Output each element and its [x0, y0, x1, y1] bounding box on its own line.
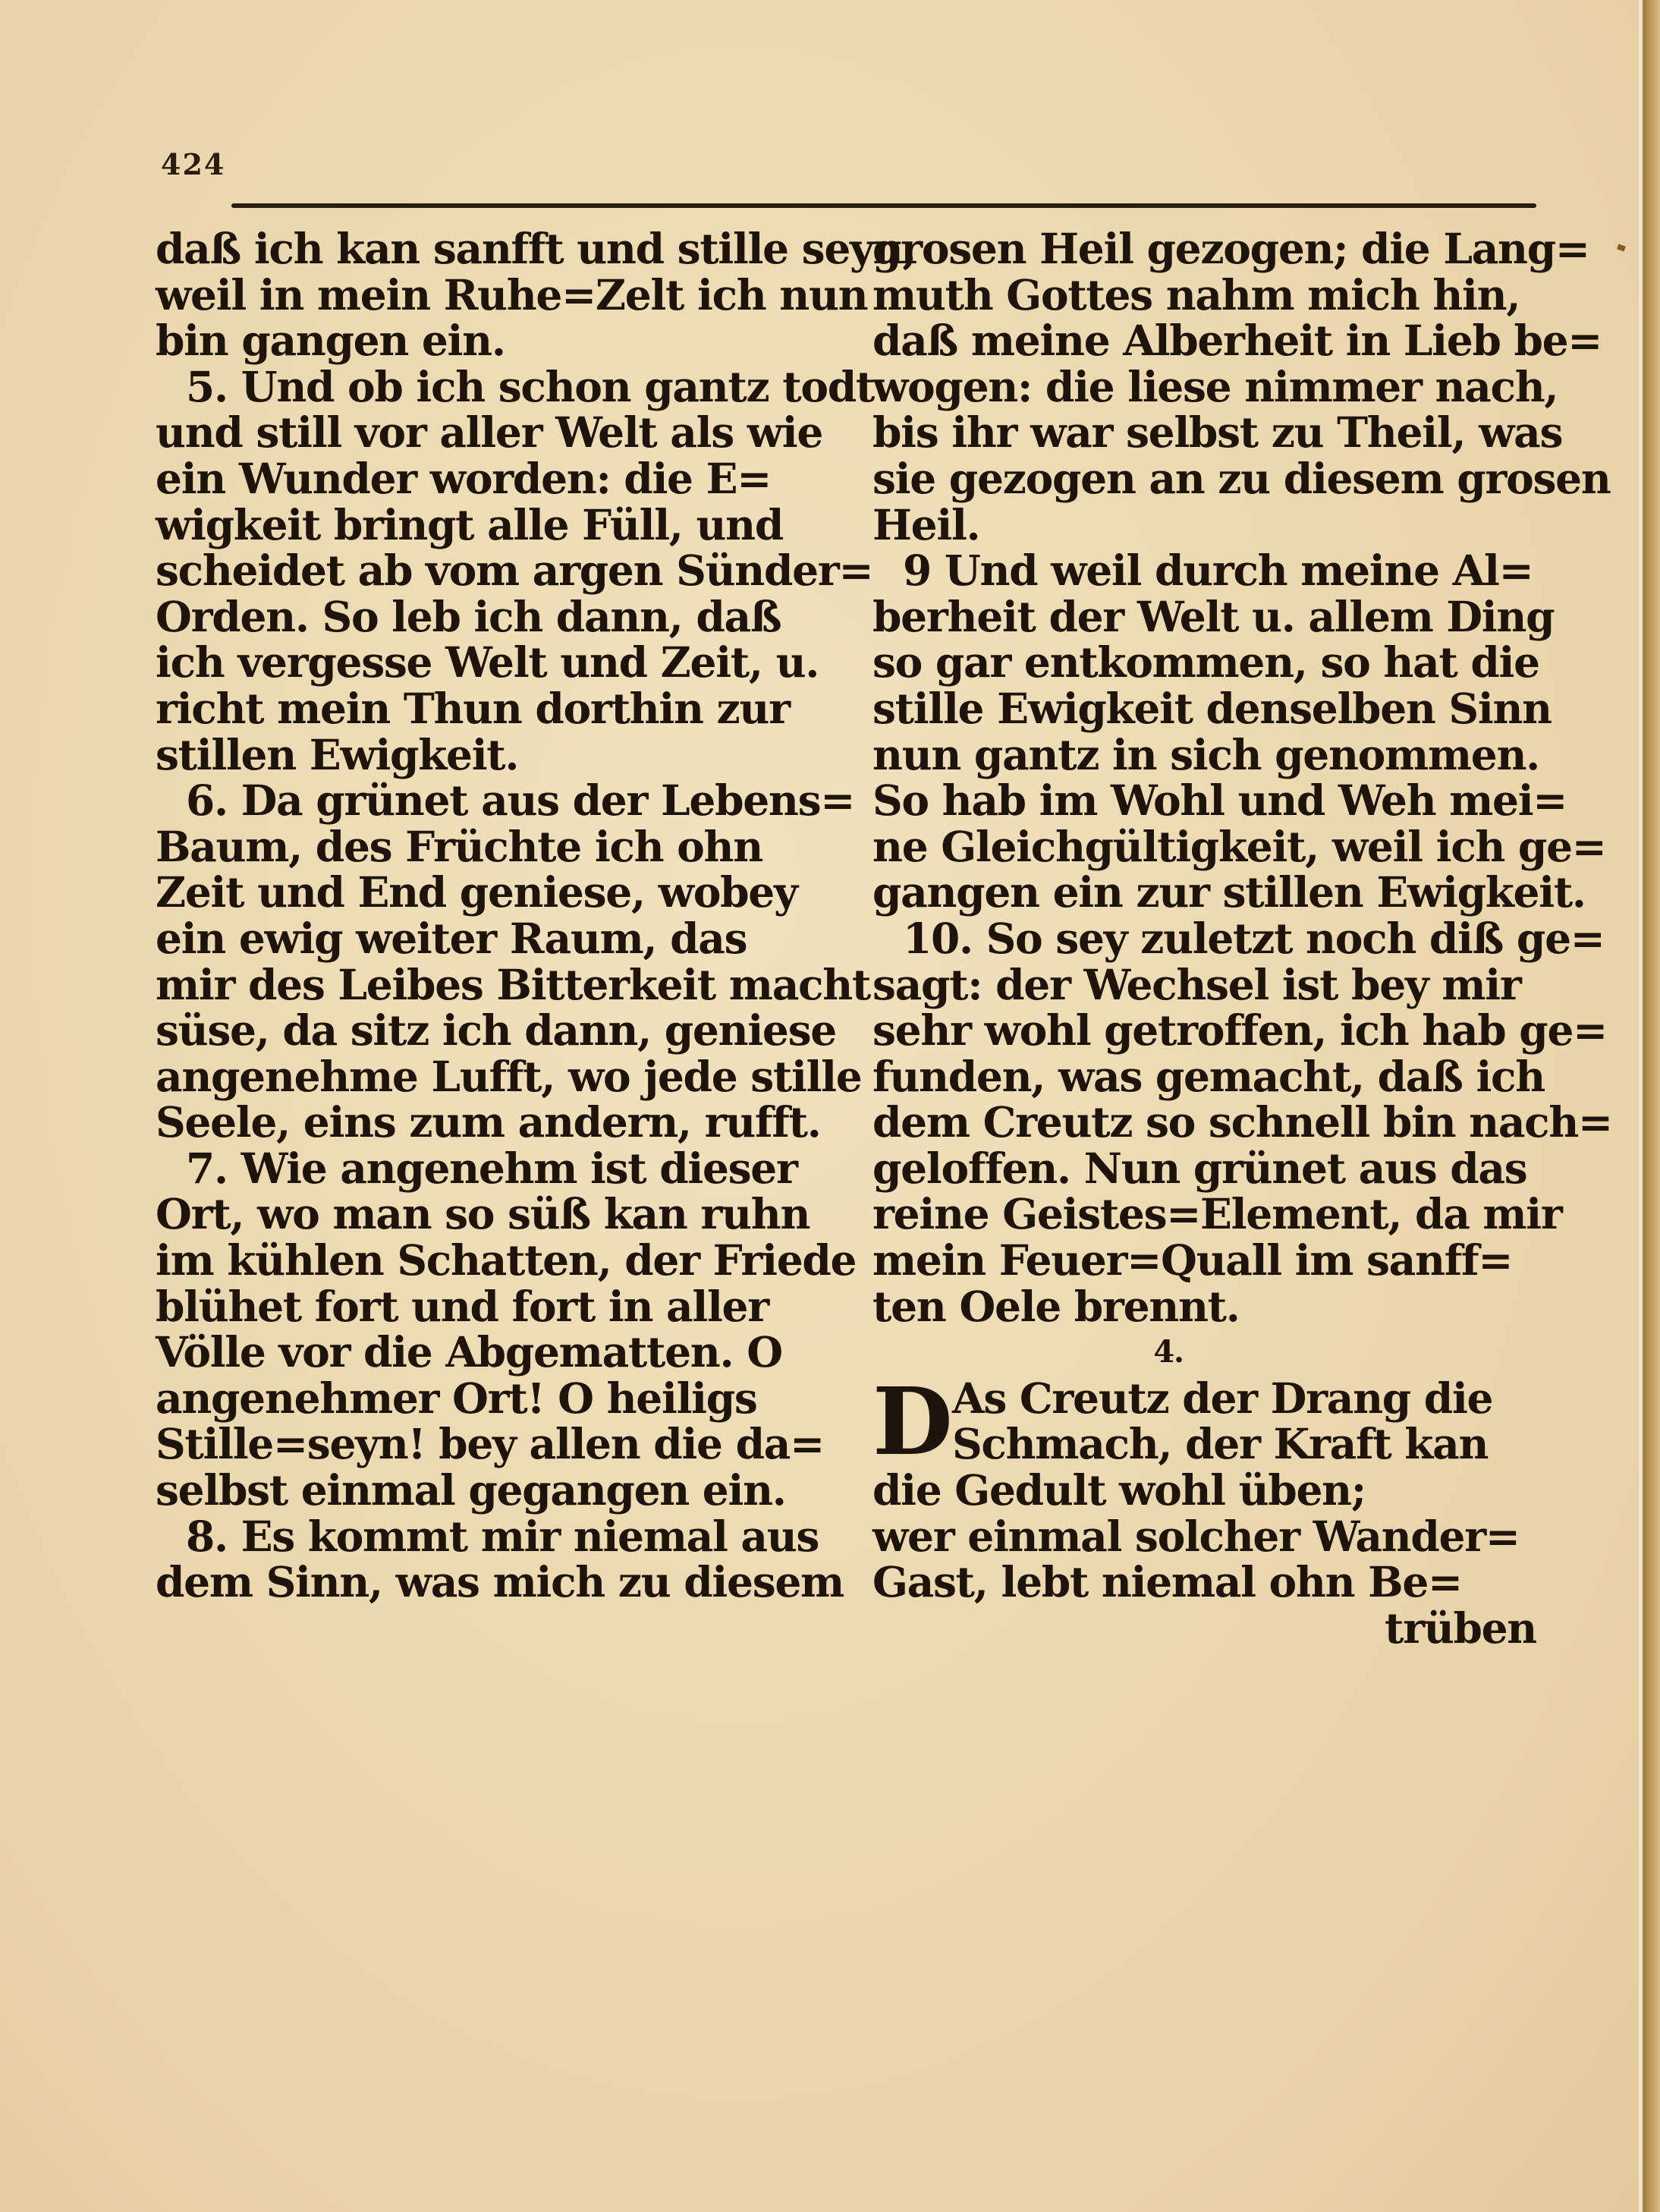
hymn-opening: D As Creutz der Drang die Schmach, der K… — [872, 1376, 1555, 1468]
left-text-column: daß ich kan sanfft und stille seyn, weil… — [156, 226, 838, 1606]
text-line: Seele, eins zum andern, rufft. — [156, 1100, 838, 1146]
text-line: Ort, wo man so süß kan ruhn — [156, 1191, 838, 1238]
text-line: sie gezogen an zu diesem grosen — [872, 456, 1555, 502]
text-line: daß meine Alberheit in Lieb be= — [872, 318, 1555, 364]
text-line: mir des Leibes Bitterkeit macht — [156, 962, 838, 1008]
text-line: ein ewig weiter Raum, das — [156, 916, 838, 962]
header-rule — [231, 203, 1536, 208]
text-line: nun gantz in sich genommen. — [872, 732, 1555, 779]
text-line: Orden. So leb ich dann, daß — [156, 594, 838, 640]
text-line: die Gedult wohl üben; — [872, 1468, 1555, 1514]
text-line: reine Geistes=Element, da mir — [872, 1191, 1555, 1238]
catchword: trüben — [872, 1606, 1555, 1652]
text-line: Heil. — [872, 502, 1555, 549]
text-line: Völle vor die Abgematten. O — [156, 1329, 838, 1376]
text-line: wer einmal solcher Wander= — [872, 1514, 1555, 1560]
page-edge-binding — [1639, 0, 1660, 2212]
text-line: berheit der Welt u. allem Ding — [872, 594, 1555, 640]
verse-start-8: 8. Es kommt mir niemal aus — [156, 1514, 838, 1560]
verse-start-6: 6. Da grünet aus der Lebens= — [156, 778, 838, 824]
text-line: scheidet ab vom argen Sünder= — [156, 548, 838, 594]
text-line: funden, was gemacht, daß ich — [872, 1054, 1555, 1100]
text-line: stillen Ewigkeit. — [156, 732, 838, 779]
text-line: gangen ein zur stillen Ewigkeit. — [872, 870, 1555, 916]
text-line: muth Gottes nahm mich hin, — [872, 272, 1555, 319]
verse-start-10: 10. So sey zuletzt noch diß ge= — [872, 916, 1555, 962]
text-line: sagt: der Wechsel ist bey mir — [872, 962, 1555, 1008]
text-line: selbst einmal gegangen ein. — [156, 1468, 838, 1514]
text-line: stille Ewigkeit denselben Sinn — [872, 686, 1555, 732]
text-line: bis ihr war selbst zu Theil, was — [872, 410, 1555, 456]
text-line: daß ich kan sanfft und stille seyn, — [156, 226, 838, 272]
text-line: richt mein Thun dorthin zur — [156, 686, 838, 732]
text-line: mein Feuer=Quall im sanff= — [872, 1238, 1555, 1284]
text-line: wigkeit bringt alle Füll, und — [156, 502, 838, 549]
text-line: As Creutz der Drang die — [872, 1376, 1555, 1422]
text-line: dem Creutz so schnell bin nach= — [872, 1100, 1555, 1146]
hymn-number: 4. — [872, 1329, 1555, 1376]
drop-cap-letter: D — [872, 1379, 952, 1464]
text-line: blühet fort und fort in aller — [156, 1284, 838, 1330]
page-number: 424 — [161, 147, 225, 181]
text-line: Zeit und End geniese, wobey — [156, 870, 838, 916]
text-line: süse, da sitz ich dann, geniese — [156, 1008, 838, 1054]
text-line: ne Gleichgültigkeit, weil ich ge= — [872, 824, 1555, 870]
text-line: bin gangen ein. — [156, 318, 838, 364]
text-line: geloffen. Nun grünet aus das — [872, 1146, 1555, 1192]
text-line: Gast, lebt niemal ohn Be= — [872, 1559, 1555, 1606]
text-line: ten Oele brennt. — [872, 1284, 1555, 1330]
verse-start-7: 7. Wie angenehm ist dieser — [156, 1146, 838, 1192]
text-line: im kühlen Schatten, der Friede — [156, 1238, 838, 1284]
text-line: ein Wunder worden: die E= — [156, 456, 838, 502]
text-line: wogen: die liese nimmer nach, — [872, 364, 1555, 411]
text-line: angenehme Lufft, wo jede stille — [156, 1054, 838, 1100]
text-line: Stille=seyn! bey allen die da= — [156, 1421, 838, 1468]
text-line: Schmach, der Kraft kan — [872, 1421, 1555, 1468]
text-line: grosen Heil gezogen; die Lang= — [872, 226, 1555, 272]
text-line: angenehmer Ort! O heiligs — [156, 1376, 838, 1422]
verse-start-5: 5. Und ob ich schon gantz todt — [156, 364, 838, 411]
text-line: sehr wohl getroffen, ich hab ge= — [872, 1008, 1555, 1054]
text-line: so gar entkommen, so hat die — [872, 640, 1555, 686]
text-line: weil in mein Ruhe=Zelt ich nun — [156, 272, 838, 319]
text-line: ich vergesse Welt und Zeit, u. — [156, 640, 838, 686]
verse-start-9: 9 Und weil durch meine Al= — [872, 548, 1555, 594]
text-line: So hab im Wohl und Weh mei= — [872, 778, 1555, 824]
text-line: Baum, des Früchte ich ohn — [156, 824, 838, 870]
text-line: und still vor aller Welt als wie — [156, 410, 838, 456]
right-text-column: grosen Heil gezogen; die Lang= muth Gott… — [872, 226, 1555, 1651]
text-line: dem Sinn, was mich zu diesem — [156, 1559, 838, 1606]
